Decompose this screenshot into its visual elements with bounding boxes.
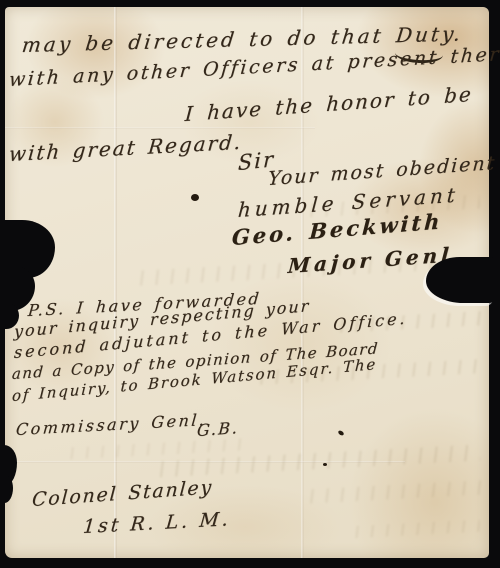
closing-line: I have the honor to be (184, 82, 474, 126)
postscript-initials: G.B. (196, 418, 239, 440)
ink-showthrough (305, 480, 483, 503)
addressee-regiment: 1st R. L. M. (82, 508, 232, 538)
horizontal-fold-crease (5, 461, 405, 463)
closing-line: Your most obedient (267, 152, 497, 190)
addressee-name: Colonel Stanley (31, 476, 213, 511)
vertical-fold-crease (301, 7, 304, 558)
horizontal-fold-crease (5, 127, 315, 129)
torn-hole-bottom-left (0, 475, 13, 503)
letter-scan: may be directed to do that Duty. with an… (0, 0, 500, 568)
torn-hole-right (426, 257, 496, 303)
closing-line: with great Regard. (8, 130, 243, 166)
ink-blot (191, 194, 199, 201)
postscript-line: Commissary Genl. (15, 410, 207, 439)
ink-showthrough (350, 520, 480, 539)
ink-blot (323, 463, 327, 466)
vertical-fold-crease (114, 7, 117, 558)
ink-blot (337, 430, 344, 437)
ink-showthrough (65, 438, 245, 459)
letter-paper: may be directed to do that Duty. with an… (5, 7, 489, 558)
ink-showthrough (155, 445, 480, 478)
